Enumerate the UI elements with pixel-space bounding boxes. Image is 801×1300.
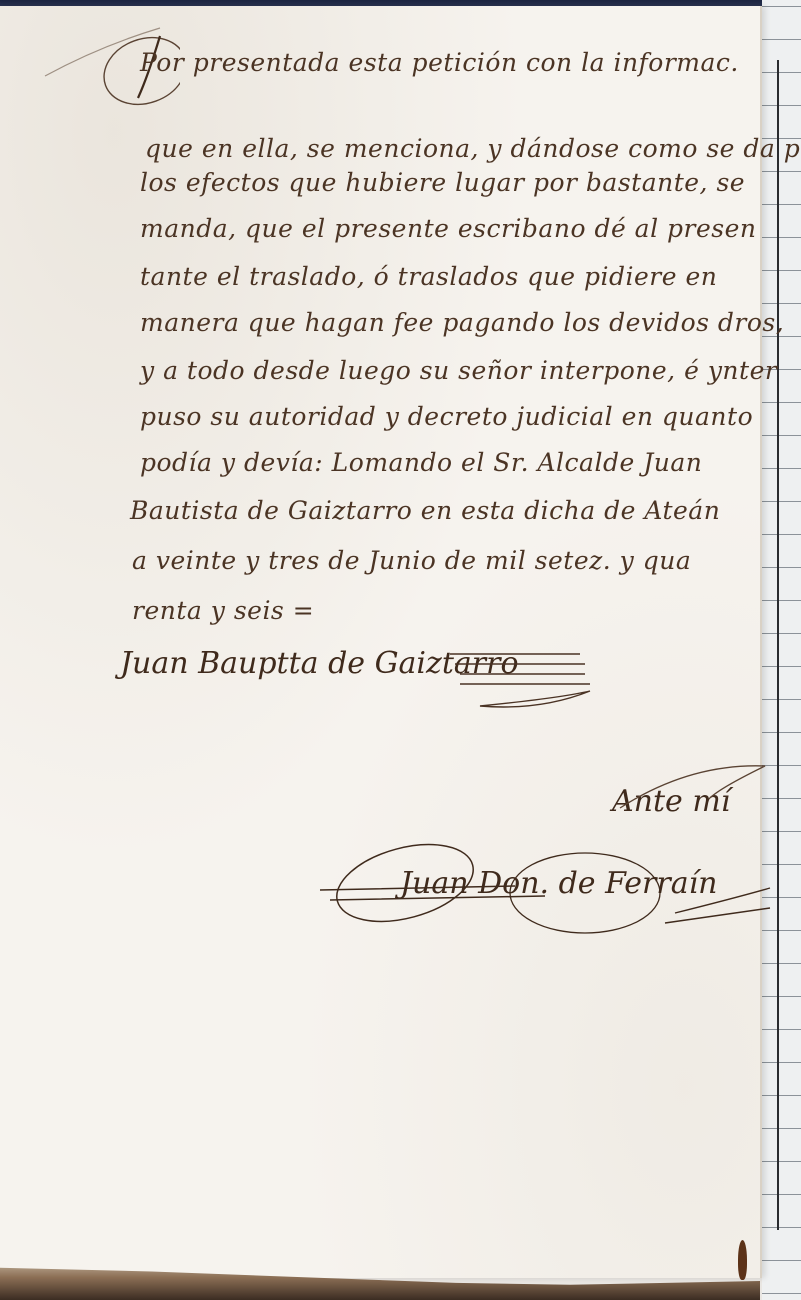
manuscript-line-10: Bautista de Gaiztarro en esta dicha de A…	[130, 496, 720, 525]
manuscript-line-8: puso su autoridad y decreto judicial en …	[140, 402, 753, 431]
manuscript-line-1: Por presentada esta petición con la info…	[140, 48, 739, 77]
manuscript-line-11: a veinte y tres de Junio de mil setez. y…	[132, 546, 691, 575]
manuscript-line-12: renta y seis =	[132, 596, 314, 625]
graph-paper-margin-line	[777, 60, 779, 1230]
manuscript-line-6: manera que hagan fee pagando los devidos…	[140, 308, 784, 337]
manuscript-line-7: y a todo desde luego su señor interpone,…	[140, 356, 777, 385]
signature-notary: Juan Don. de Ferraín	[400, 866, 718, 901]
graph-paper-background	[762, 0, 801, 1300]
signature-flourish-icon	[440, 636, 610, 716]
manuscript-line-5: tante el traslado, ó traslados que pidie…	[140, 262, 717, 291]
manuscript-line-3: los efectos que hubiere lugar por bastan…	[140, 168, 745, 197]
manuscript-line-2: que en ella, se menciona, y dándose como…	[145, 134, 801, 163]
manuscript-line-4: manda, que el presente escribano dé al p…	[140, 214, 757, 243]
witness-flourish-icon	[600, 758, 770, 818]
manuscript-line-9: podía y devía: Lomando el Sr. Alcalde Ju…	[140, 448, 702, 477]
manuscript-page: Por presentada esta petición con la info…	[0, 6, 762, 1278]
ink-stain	[738, 1240, 747, 1280]
